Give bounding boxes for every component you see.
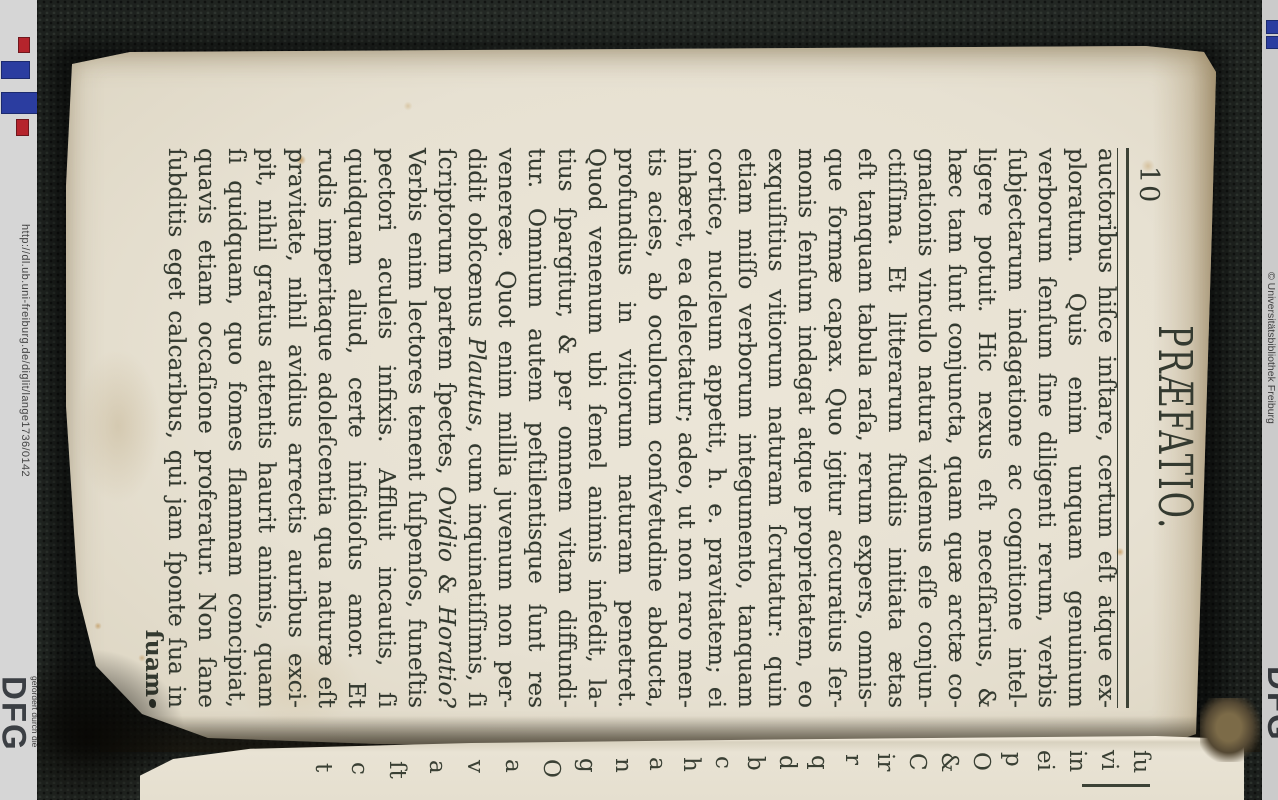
page-header: PRÆFATIO. <box>1147 148 1202 708</box>
body-line: pit, nihil gratius attentis haurit animi… <box>251 148 281 708</box>
body-line: venereæ. Quot enim millia juvenum non pe… <box>491 148 521 708</box>
university-logo-blue-bar-icon <box>1 92 37 114</box>
facing-page-fragment: a <box>500 759 526 773</box>
body-line: verborum ſenſum ſine diligenti rerum, ve… <box>1031 148 1061 708</box>
facing-page-fragment: a <box>644 757 670 771</box>
facing-page-fragment: in <box>1064 750 1090 772</box>
university-logo-blue-bar-icon <box>1266 36 1278 49</box>
body-lines: auctoribus hiſce inſtare, certum eſt atq… <box>161 148 1121 708</box>
body-line: monis ſenſum indagat atque proprietatem,… <box>791 148 821 708</box>
facing-page-fragment: ir <box>872 753 898 771</box>
funding-label: gefördert durch die <box>30 676 37 747</box>
facing-page-fragment: t <box>310 763 336 772</box>
facing-page-fragment: q <box>806 755 832 770</box>
catchword-row: ſuam <box>140 148 168 708</box>
body-line: ſcriptorum partem ſpectes, Ovidio & Hora… <box>431 148 461 708</box>
body-line: Quod venenum ubi ſemel animis inſedit, l… <box>581 148 611 708</box>
body-line: etiam miſſo verborum integumento, tanqua… <box>731 148 761 708</box>
fabric-fray <box>1200 698 1260 762</box>
body-line: gnationis vinculo natura videmus eſſe co… <box>911 148 941 708</box>
facing-page-fragment: p <box>1000 752 1026 767</box>
body-line: eſt tanquam tabula raſa, rerum expers, o… <box>851 148 881 708</box>
body-line: tur. Omnium autem peſtilentisque ſunt re… <box>521 148 551 708</box>
university-logo-red-square-icon <box>16 119 29 136</box>
facing-page-fragment: C <box>904 753 930 771</box>
body-line: rudis imperitaque adoleſcentia qua natur… <box>311 148 341 708</box>
facing-page-fragment: ſu <box>1128 750 1154 773</box>
facing-page-fragment: h <box>678 757 704 772</box>
facing-page-fragment: r <box>840 754 866 765</box>
facing-page-fragment: & <box>936 752 962 772</box>
body-line: Verbis enim lectores tenent ſuſpenſos, f… <box>401 148 431 708</box>
body-line: pravitate, nihil avidius arrectis auribu… <box>281 148 311 708</box>
scan-viewport: 10 PRÆFATIO. auctoribus hiſce inſtare, c… <box>0 0 1278 800</box>
facing-header-rule <box>1082 784 1150 787</box>
university-logo-red-square-icon <box>18 37 30 53</box>
body-line: ſubjectarum indagatione ac cognitione in… <box>1001 148 1031 708</box>
page-content-rotated: 10 PRÆFATIO. auctoribus hiſce inſtare, c… <box>81 48 1216 760</box>
facing-page-fragment: g <box>574 758 600 773</box>
body-line: cortice, nucleum appetit, h. e. pravitat… <box>701 148 731 708</box>
body-line: pectori aculeis infixis. Affluit incauti… <box>371 148 401 708</box>
body-line: hæc tam ſunt conjuncta, quam quæ arctæ c… <box>941 148 971 708</box>
body-line: tis acies, ab oculorum conſvetudine abdu… <box>641 148 671 708</box>
body-line: auctoribus hiſce inſtare, certum eſt atq… <box>1091 148 1121 708</box>
body-line: quavis etiam occaſione proferatur. Non ſ… <box>191 148 221 708</box>
facing-page-fragment: ei <box>1032 750 1058 771</box>
facing-page-fragment: n <box>610 758 636 773</box>
facing-page-fragment: ſt <box>384 761 410 779</box>
facing-page-fragment: c <box>710 756 736 769</box>
body-line: ligere potuit. Hic nexus eſt neceſſarius… <box>971 148 1001 708</box>
facing-page-fragment: O <box>538 759 564 778</box>
body-line: ploratum. Quis enim unquam genuinum <box>1061 148 1091 708</box>
facing-page-fragment: c <box>346 762 372 775</box>
left-frame-strip: http://dl.ub.uni-freiburg.de/diglit/lang… <box>0 0 37 800</box>
body-line: profundius in vitiorum naturam penetret. <box>611 148 641 708</box>
book-page: 10 PRÆFATIO. auctoribus hiſce inſtare, c… <box>58 46 1222 754</box>
body-line: exquiſitius vitiorum naturam ſcrutatur: … <box>761 148 791 708</box>
dfg-logo: DFG <box>0 676 34 752</box>
facing-page-fragment: vi <box>1096 750 1122 770</box>
dfg-logo-fragment: DFG <box>1262 666 1278 742</box>
body-line: ctiſſima. Et litterarum ſtudiis initiata… <box>881 148 911 708</box>
copyright-label: © Universitätsbibliothek Freiburg <box>1265 272 1277 424</box>
facing-page-fragment: a <box>424 760 450 774</box>
body-line: quidquam aliud, certe inſidioſus amor. E… <box>341 148 371 708</box>
facing-page-fragment: d <box>774 755 800 770</box>
body-line: que formæ capax. Quo igitur accuratius ſ… <box>821 148 851 708</box>
source-url: http://dl.ub.uni-freiburg.de/diglit/lang… <box>19 224 31 477</box>
facing-page-fragment: O <box>968 752 994 771</box>
facing-page-fragment: b <box>742 756 768 771</box>
body-line: tius ſpargitur, & per omnem vitam diffun… <box>551 148 581 708</box>
university-logo-blue-bar-icon <box>1 61 30 79</box>
body-line: inhæret, ea delectatur; adeo, ut non rar… <box>671 148 701 708</box>
facing-page-fragment: v <box>462 760 488 773</box>
body-line: didit obſcœnus Plautus, cum inquinatiſſi… <box>461 148 491 708</box>
university-logo-blue-bar-icon <box>1266 20 1278 34</box>
page-header-text: PRÆFATIO. <box>1147 325 1202 530</box>
body-line: ſi quidquam, quo fomes flammam concipiat… <box>221 148 251 708</box>
